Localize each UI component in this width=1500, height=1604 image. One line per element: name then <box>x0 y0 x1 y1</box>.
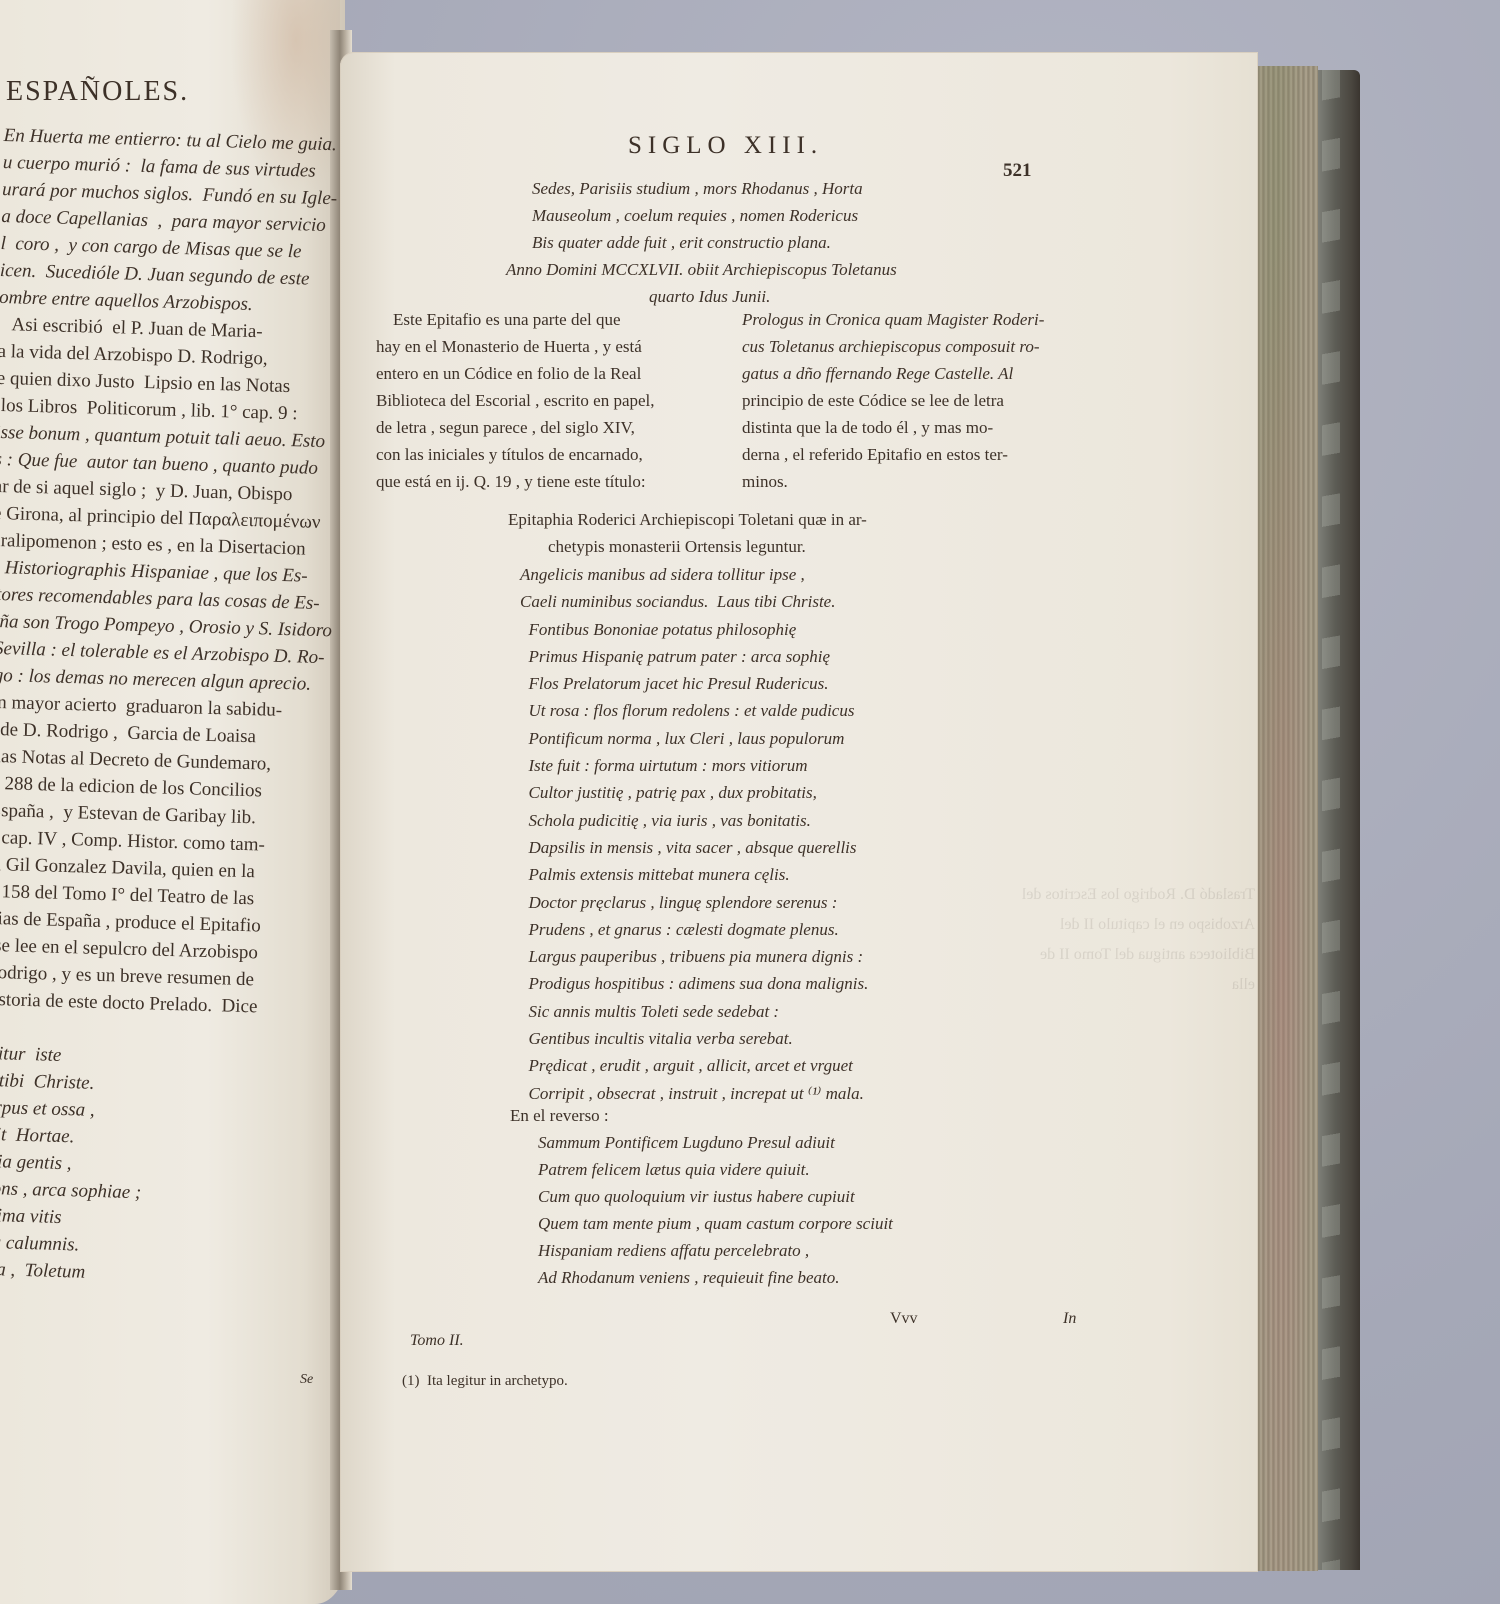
verse-line: Hispaniam rediens affatu percelebrato , <box>538 1237 893 1264</box>
verse-line: Gentibus incultis vitalia verba serebat. <box>520 1025 868 1052</box>
verse-line: Dapsilis in mensis , vita sacer , absque… <box>520 834 868 861</box>
left-page-text: En Huerta me entierro: tu al Cielo me gu… <box>0 122 346 1292</box>
left-catchword: Se <box>300 1372 313 1388</box>
reverso-verses: Sammum Pontificem Lugduno Presul adiuitP… <box>538 1129 893 1291</box>
epitaph-title: Epitaphia Roderici Archiepiscopi Toletan… <box>508 506 867 560</box>
verse-line: Palmis extensis mittebat munera cęlis. <box>520 861 868 888</box>
signature-mark: Vvv <box>890 1310 918 1328</box>
text-line: Epitaphia Roderici Archiepiscopi Toletan… <box>508 506 867 533</box>
text-line: gatus a dño ffernando Rege Castelle. Al <box>742 360 1072 387</box>
verse-line: Prodigus hospitibus : adimens sua dona m… <box>520 970 868 997</box>
verse-line: Fontibus Bononiae potatus philosophię <box>520 616 868 643</box>
text-line: entero en un Códice en folio de la Real <box>376 360 712 387</box>
verse-line: Cum quo quoloquium vir iustus habere cup… <box>538 1183 893 1210</box>
verse-line: Doctor pręclarus , linguę splendore sere… <box>520 889 868 916</box>
text-line: derna , el referido Epitafio en estos te… <box>742 441 1072 468</box>
verse-line: Primus Hispanię patrum pater : arca soph… <box>520 643 868 670</box>
verse-line: Sammum Pontificem Lugduno Presul adiuit <box>538 1129 893 1156</box>
verse-line: Anno Domini MCCXLVII. obiit Archiepiscop… <box>506 256 897 283</box>
verse-line: Pontificum norma , lux Cleri , laus popu… <box>520 725 868 752</box>
text-line: Este Epitafio es una parte del que <box>376 306 712 333</box>
verse-line: Bis quater adde fuit , erit constructio … <box>532 229 897 256</box>
verse-line: Angelicis manibus ad sidera tollitur ips… <box>520 561 868 588</box>
page-number: 521 <box>1003 160 1032 182</box>
book-cover-board <box>1318 70 1360 1570</box>
verse-line: Mauseolum , coelum requies , nomen Roder… <box>532 202 897 229</box>
verse-line: Ut rosa : flos florum redolens : et vald… <box>520 697 868 724</box>
verse-line: Ad Rhodanum veniens , requieuit fine bea… <box>538 1264 893 1291</box>
text-line: que está en ij. Q. 19 , y tiene este tít… <box>376 468 712 495</box>
verse-line: Flos Prelatorum jacet hic Presul Ruderic… <box>520 670 868 697</box>
volume-label: Tomo II. <box>410 1332 464 1350</box>
text-line: chetypis monasterii Ortensis leguntur. <box>548 533 867 560</box>
verse-line: Schola pudicitię , via iuris , vas bonit… <box>520 807 868 834</box>
body-column-right: Prologus in Cronica quam Magister Roderi… <box>742 306 1072 495</box>
left-running-head: ESPAÑOLES. <box>6 76 189 108</box>
text-line: cus Toletanus archiepiscopus composuit r… <box>742 333 1072 360</box>
verse-line: Sic annis multis Toleti sede sedebat : <box>520 998 868 1025</box>
verse-line: Prudens , et gnarus : cælesti dogmate pl… <box>520 916 868 943</box>
right-catchword: In <box>1063 1310 1076 1328</box>
footnote: (1) Ita legitur in archetypo. <box>402 1373 568 1390</box>
epitaph-verses: Angelicis manibus ad sidera tollitur ips… <box>520 561 868 1107</box>
verse-line: Sedes, Parisiis studium , mors Rhodanus … <box>532 175 897 202</box>
show-through-text: Trasladó D. Rodrigo los Escritos del Arz… <box>1020 880 1255 1290</box>
text-line: distinta que la de todo él , y mas mo- <box>742 414 1072 441</box>
verse-line: Prędicat , erudit , arguit , allicit, ar… <box>520 1052 868 1079</box>
text-line: de letra , segun parece , del siglo XIV, <box>376 414 712 441</box>
text-line: hay en el Monasterio de Huerta , y está <box>376 333 712 360</box>
text-line: minos. <box>742 468 1072 495</box>
verse-line: Iste fuit : forma uirtutum : mors vitior… <box>520 752 868 779</box>
reverso-label: En el reverso : <box>510 1102 609 1129</box>
text-line: Biblioteca del Escorial , escrito en pap… <box>376 387 712 414</box>
text-line: con las iniciales y títulos de encarnado… <box>376 441 712 468</box>
marbled-page-edges <box>1258 66 1318 1571</box>
right-running-head: SIGLO XIII. <box>628 132 823 160</box>
verse-line: Quem tam mente pium , quam castum corpor… <box>538 1210 893 1237</box>
verse-line: Cultor justitię , patrię pax , dux probi… <box>520 779 868 806</box>
text-line: principio de este Códice se lee de letra <box>742 387 1072 414</box>
text-line: Prologus in Cronica quam Magister Roderi… <box>742 306 1072 333</box>
verse-line: Caeli numinibus sociandus. Laus tibi Chr… <box>520 588 868 615</box>
epitaph-top: Sedes, Parisiis studium , mors Rhodanus … <box>532 175 897 310</box>
verse-line: Patrem felicem lætus quia videre quiuit. <box>538 1156 893 1183</box>
body-column-left: Este Epitafio es una parte del que hay e… <box>376 306 712 495</box>
verse-line: Largus pauperibus , tribuens pia munera … <box>520 943 868 970</box>
